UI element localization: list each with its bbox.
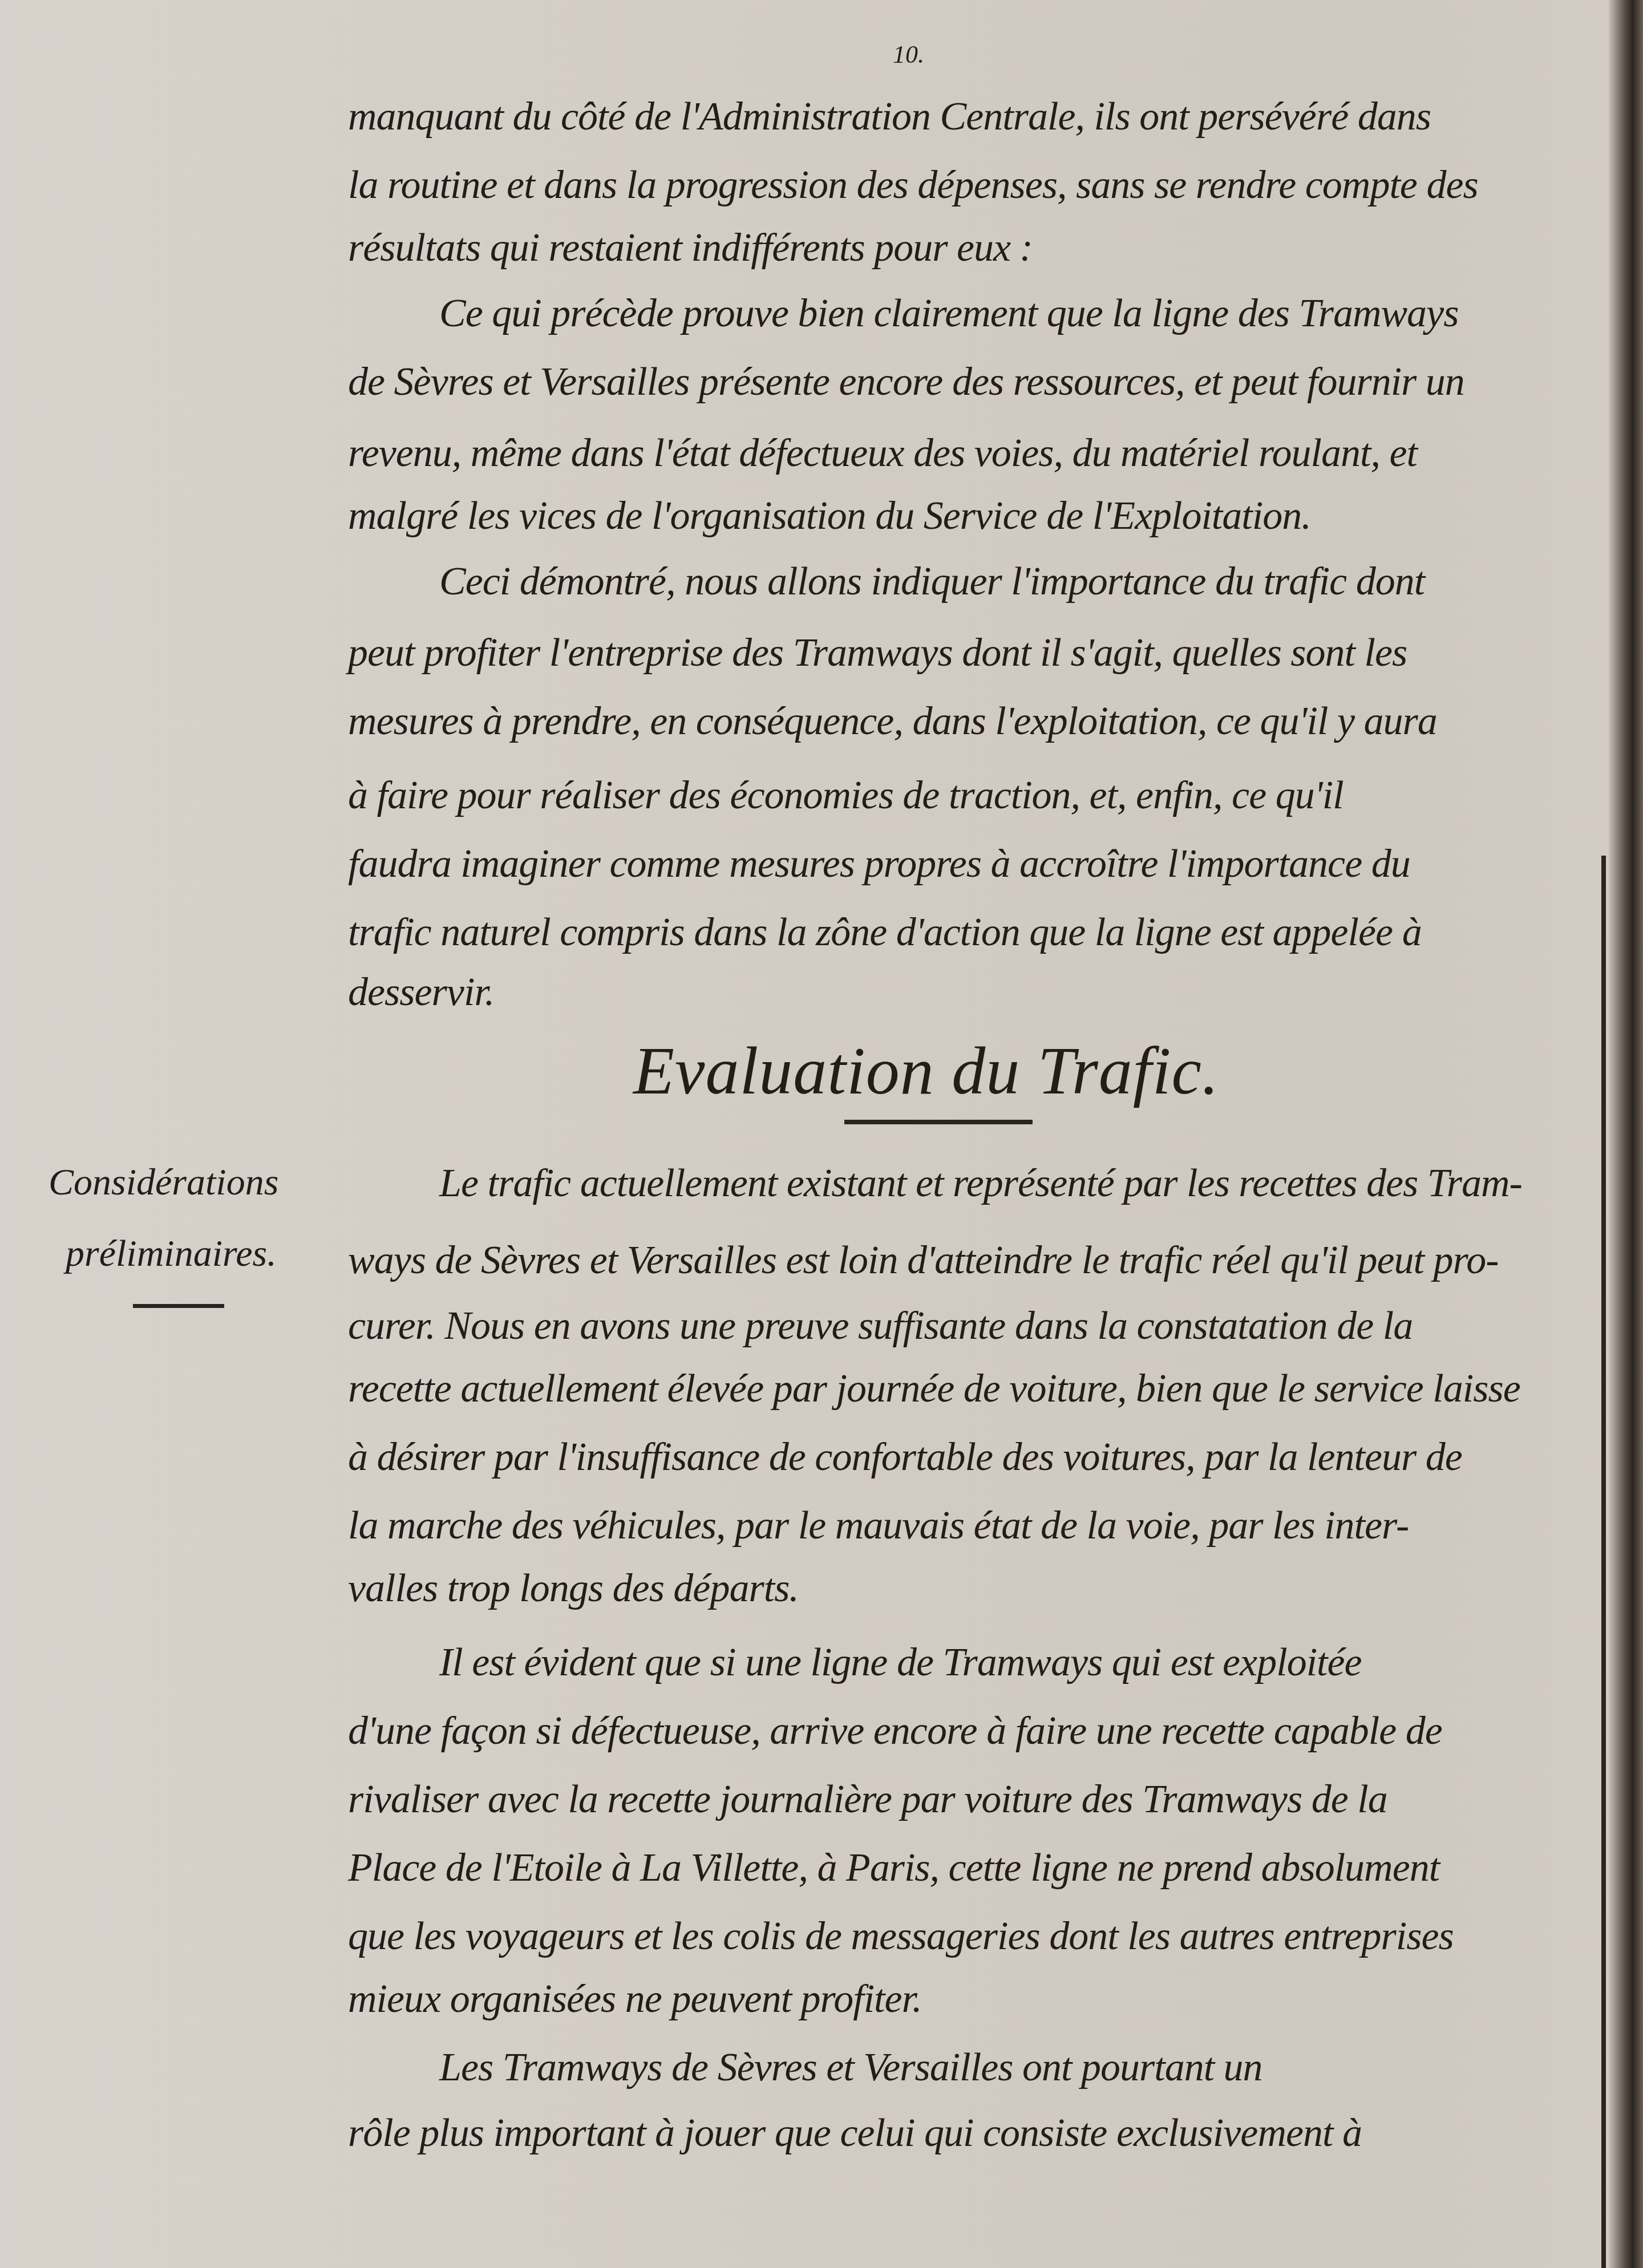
text-line: revenu, même dans l'état défectueux des … [348,434,1557,473]
page-number: 10. [893,40,924,69]
text-line: mieux organisées ne peuvent profiter. [348,1979,1557,2019]
text-line: résultats qui restaient indifférents pou… [348,228,1557,268]
text-line: la routine et dans la progression des dé… [348,165,1557,205]
text-line: à désirer par l'insuffisance de conforta… [348,1437,1557,1477]
text-line: ways de Sèvres et Versailles est loin d'… [348,1241,1557,1281]
text-line: rivaliser avec la recette journalière pa… [348,1780,1557,1820]
text-line: que les voyageurs et les colis de messag… [348,1917,1557,1957]
text-line: peut profiter l'entreprise des Tramways … [348,633,1557,673]
text-line: la marche des véhicules, par le mauvais … [348,1506,1557,1546]
text-line: desservir. [348,973,1557,1012]
text-line: valles trop longs des départs. [348,1569,1557,1609]
text-line: Place de l'Etoile à La Villette, à Paris… [348,1848,1557,1888]
section-heading: Evaluation du Trafic. [633,1032,1219,1110]
text-line: faudra imaginer comme mesures propres à … [348,844,1557,884]
text-line: trafic naturel compris dans la zône d'ac… [348,913,1557,953]
binding-shadow [1609,0,1643,2268]
text-line: mesures à prendre, en conséquence, dans … [348,702,1557,742]
margin-note-line2: préliminaires. [66,1232,277,1275]
heading-underline [844,1120,1033,1124]
text-line: Ce qui précède prouve bien clairement qu… [348,294,1557,334]
manuscript-page: 10. manquant du côté de l'Administration… [0,0,1623,2268]
text-line: Il est évident que si une ligne de Tramw… [348,1643,1557,1683]
text-line: Les Tramways de Sèvres et Versailles ont… [348,2048,1557,2088]
text-line: d'une façon si défectueuse, arrive encor… [348,1711,1557,1751]
text-line: curer. Nous en avons une preuve suffisan… [348,1306,1557,1346]
text-line: recette actuellement élevée par journée … [348,1369,1557,1409]
page-edge [1601,856,1606,2268]
text-line: Ceci démontré, nous allons indiquer l'im… [348,562,1557,602]
text-line: à faire pour réaliser des économies de t… [348,776,1557,816]
text-line: Le trafic actuellement existant et repré… [348,1164,1557,1204]
text-line: manquant du côté de l'Administration Cen… [348,97,1557,137]
margin-note-underline [133,1304,224,1308]
margin-note-line1: Considérations [48,1161,278,1204]
text-line: malgré les vices de l'organisation du Se… [348,496,1557,536]
text-line: rôle plus important à jouer que celui qu… [348,2113,1557,2153]
text-line: de Sèvres et Versailles présente encore … [348,362,1557,402]
